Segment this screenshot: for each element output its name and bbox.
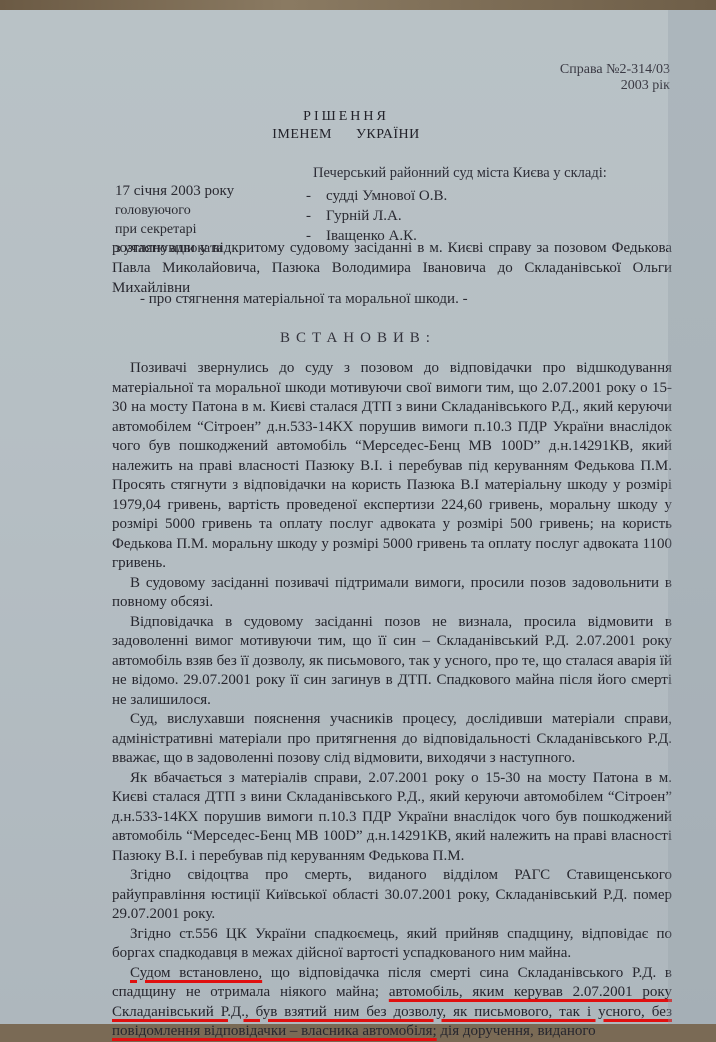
established-heading: ВСТАНОВИВ: [0,330,716,347]
case-reference: Справа №2-314/03 2003 рік [560,62,670,94]
court-composition: -судді Умнової О.В. -Гурній Л.А. -Іващен… [306,186,447,246]
claim-subject: - про стягнення матеріальної та морально… [140,291,468,308]
court-name: Печерський районний суд міста Києва у ск… [313,165,607,182]
document-title: РІШЕННЯ [0,109,704,125]
judge-item: -судді Умнової О.В. [306,186,447,206]
presiding-label: головуючого [115,201,234,220]
paragraph-claim: Позивачі звернулись до суду з позовом до… [112,359,672,574]
paragraph-court-established: Судом встановлено, що відповідачка після… [112,964,672,1025]
paragraph-hearing: В судовому засіданні позивачі підтримали… [112,574,672,613]
paragraph-court-assessment: Суд, вислухавши пояснення учасників проц… [112,710,672,769]
highlight-court-established: Судом встановлено, [130,965,262,981]
document-page: Справа №2-314/03 2003 рік РІШЕННЯ ІМЕНЕМ… [0,10,716,1024]
claim-introduction: розглянувши у відкритому судовому засіда… [112,238,672,298]
paragraph-death-certificate: Згідно свідоцтва про смерть, виданого ві… [112,866,672,925]
judge-item: -Гурній Л.А. [306,206,447,226]
document-body: Позивачі звернулись до суду з позовом до… [112,359,672,1024]
document-subtitle: ІМЕНЕМ УКРАЇНИ [0,127,704,143]
case-year: 2003 рік [560,78,670,94]
paragraph-civil-code: Згідно ст.556 ЦК України спадкоємець, як… [112,925,672,964]
decision-date: 17 січня 2003 року [115,182,234,201]
paragraph-facts: Як вбачається з матеріалів справи, 2.07.… [112,769,672,867]
secretary-label: при секретарі [115,220,234,239]
paragraph-defendant: Відповідачка в судовому засіданні позов … [112,613,672,711]
case-number: Справа №2-314/03 [560,62,670,78]
